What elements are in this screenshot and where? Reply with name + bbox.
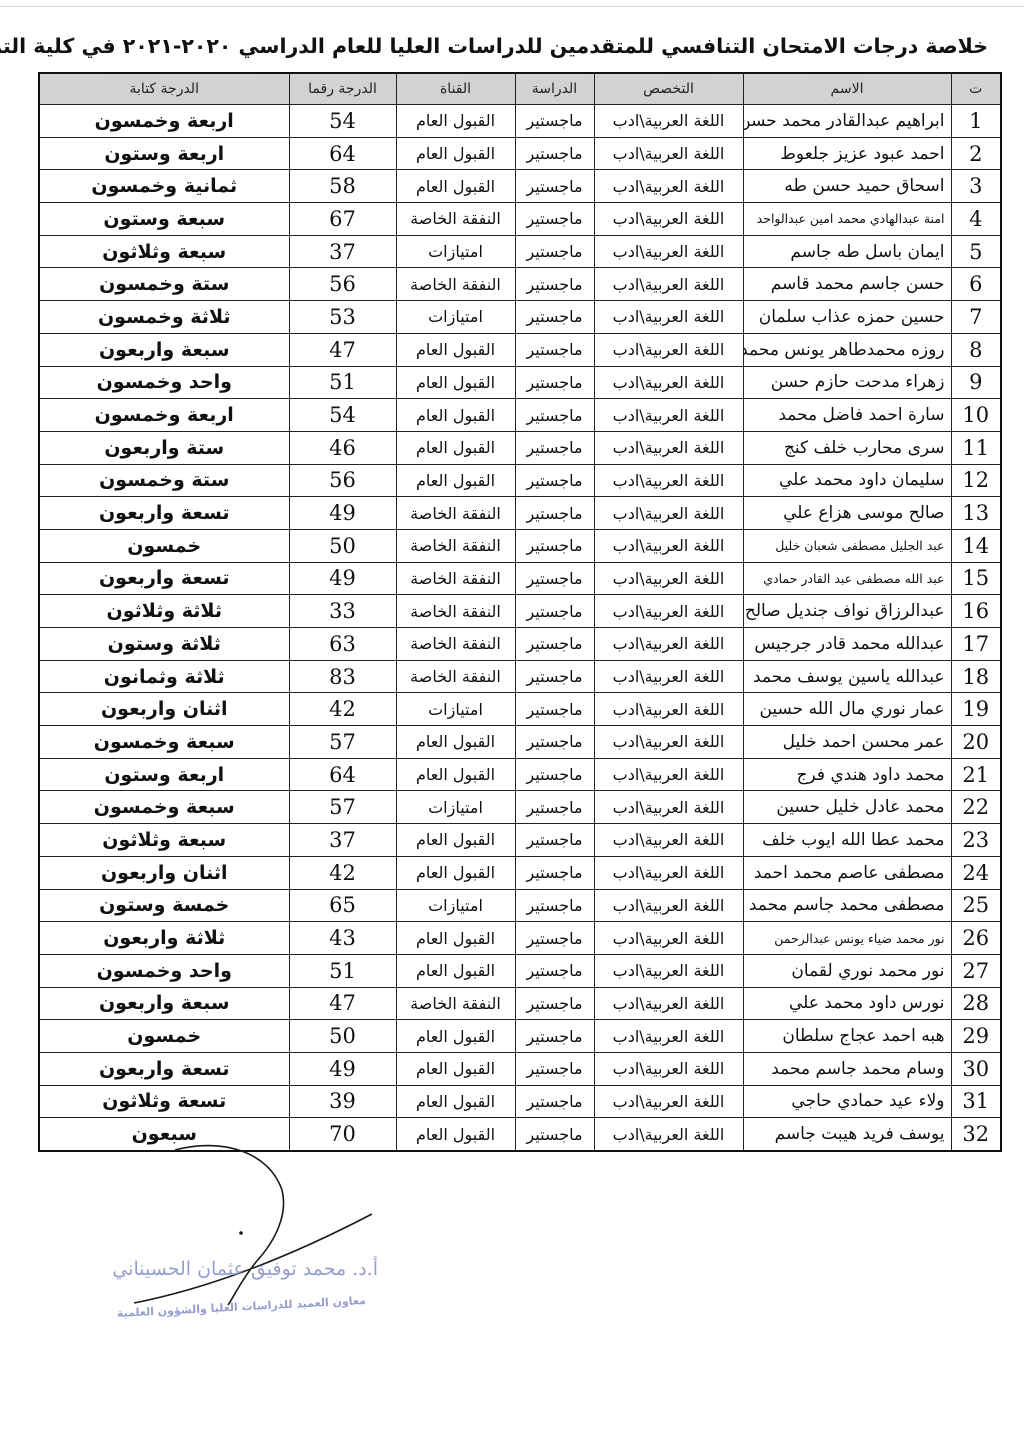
row-name: سارة احمد فاضل محمد	[743, 399, 951, 432]
row-study: ماجستير	[515, 529, 594, 562]
row-grade-written: اربعة وخمسون	[39, 105, 289, 138]
row-specialization: اللغة العربية\ادب	[594, 1052, 743, 1085]
row-grade-written: سبعة وثلاثون	[39, 824, 289, 857]
row-specialization: اللغة العربية\ادب	[594, 1118, 743, 1151]
row-specialization: اللغة العربية\ادب	[594, 693, 743, 726]
row-grade-written: تسعة واربعون	[39, 497, 289, 530]
row-index: 15	[951, 562, 1001, 595]
header-grade-written: الدرجة كتابة	[39, 73, 289, 105]
row-name: اسحاق حميد حسن طه	[743, 170, 951, 203]
row-grade-written: اثنان واربعون	[39, 856, 289, 889]
table-header-row: ت الاسم التخصص الدراسة القناة الدرجة رقم…	[39, 73, 1001, 105]
table-body: 1ابراهيم عبدالقادر محمد حسناللغة العربية…	[39, 105, 1001, 1152]
row-specialization: اللغة العربية\ادب	[594, 758, 743, 791]
row-index: 17	[951, 628, 1001, 661]
table-row: 28نورس داود محمد علياللغة العربية\ادبماج…	[39, 987, 1001, 1020]
table-row: 31ولاء عيد حمادي حاجياللغة العربية\ادبما…	[39, 1085, 1001, 1118]
row-grade-numeric: 54	[289, 399, 396, 432]
row-grade-written: خمسون	[39, 529, 289, 562]
row-index: 18	[951, 660, 1001, 693]
row-channel: القبول العام	[396, 170, 515, 203]
row-specialization: اللغة العربية\ادب	[594, 301, 743, 334]
row-study: ماجستير	[515, 235, 594, 268]
row-study: ماجستير	[515, 562, 594, 595]
row-index: 2	[951, 137, 1001, 170]
row-grade-numeric: 53	[289, 301, 396, 334]
row-name: عبدالله ياسين يوسف محمد	[743, 660, 951, 693]
row-specialization: اللغة العربية\ادب	[594, 431, 743, 464]
row-grade-written: تسعة وثلاثون	[39, 1085, 289, 1118]
row-grade-written: واحد وخمسون	[39, 366, 289, 399]
row-channel: القبول العام	[396, 464, 515, 497]
row-channel: امتيازات	[396, 693, 515, 726]
row-name: محمد عادل خليل حسين	[743, 791, 951, 824]
row-channel: القبول العام	[396, 824, 515, 857]
row-grade-numeric: 64	[289, 758, 396, 791]
row-grade-written: سبعة وثلاثون	[39, 235, 289, 268]
page-top-edge	[0, 6, 1024, 7]
row-name: زهراء مدحت حازم حسن	[743, 366, 951, 399]
row-channel: النفقة الخاصة	[396, 628, 515, 661]
row-grade-numeric: 64	[289, 137, 396, 170]
row-index: 6	[951, 268, 1001, 301]
table-row: 12سليمان داود محمد علياللغة العربية\ادبم…	[39, 464, 1001, 497]
header-grade-numeric: الدرجة رقما	[289, 73, 396, 105]
row-specialization: اللغة العربية\ادب	[594, 562, 743, 595]
row-name: نور محمد نوري لقمان	[743, 954, 951, 987]
row-specialization: اللغة العربية\ادب	[594, 922, 743, 955]
row-name: عمار نوري مال الله حسين	[743, 693, 951, 726]
row-specialization: اللغة العربية\ادب	[594, 399, 743, 432]
row-study: ماجستير	[515, 595, 594, 628]
row-channel: القبول العام	[396, 137, 515, 170]
row-grade-numeric: 42	[289, 693, 396, 726]
row-channel: القبول العام	[396, 726, 515, 759]
row-grade-numeric: 63	[289, 628, 396, 661]
header-index: ت	[951, 73, 1001, 105]
row-grade-numeric: 56	[289, 268, 396, 301]
row-study: ماجستير	[515, 954, 594, 987]
row-grade-written: واحد وخمسون	[39, 954, 289, 987]
row-study: ماجستير	[515, 791, 594, 824]
row-grade-written: اثنان واربعون	[39, 693, 289, 726]
row-index: 30	[951, 1052, 1001, 1085]
row-grade-numeric: 46	[289, 431, 396, 464]
row-name: مصطفى عاصم محمد احمد	[743, 856, 951, 889]
row-grade-numeric: 58	[289, 170, 396, 203]
row-grade-numeric: 43	[289, 922, 396, 955]
table-row: 18عبدالله ياسين يوسف محمداللغة العربية\ا…	[39, 660, 1001, 693]
row-grade-numeric: 51	[289, 366, 396, 399]
row-channel: امتيازات	[396, 889, 515, 922]
row-name: امنة عبدالهادي محمد امين عبدالواحد	[743, 203, 951, 236]
row-grade-numeric: 51	[289, 954, 396, 987]
row-study: ماجستير	[515, 1020, 594, 1053]
row-name: عبد الله مصطفى عبد القادر حمادي	[743, 562, 951, 595]
row-index: 12	[951, 464, 1001, 497]
row-grade-written: اربعة وخمسون	[39, 399, 289, 432]
row-index: 9	[951, 366, 1001, 399]
document-title: خلاصة درجات الامتحان التنافسي للمتقدمين …	[28, 26, 988, 66]
row-name: صالح موسى هزاع علي	[743, 497, 951, 530]
table-row: 29هبه احمد عجاج سلطاناللغة العربية\ادبما…	[39, 1020, 1001, 1053]
row-channel: القبول العام	[396, 1118, 515, 1151]
row-specialization: اللغة العربية\ادب	[594, 726, 743, 759]
row-name: سليمان داود محمد علي	[743, 464, 951, 497]
row-index: 29	[951, 1020, 1001, 1053]
row-study: ماجستير	[515, 268, 594, 301]
row-specialization: اللغة العربية\ادب	[594, 595, 743, 628]
row-grade-written: سبعة وخمسون	[39, 726, 289, 759]
row-study: ماجستير	[515, 366, 594, 399]
row-channel: القبول العام	[396, 431, 515, 464]
row-channel: امتيازات	[396, 235, 515, 268]
row-study: ماجستير	[515, 301, 594, 334]
row-name: روزه محمدطاهر يونس محمد	[743, 333, 951, 366]
row-study: ماجستير	[515, 497, 594, 530]
row-channel: النفقة الخاصة	[396, 203, 515, 236]
row-name: نور محمد ضياء يونس عبدالرحمن	[743, 922, 951, 955]
row-specialization: اللغة العربية\ادب	[594, 464, 743, 497]
header-name: الاسم	[743, 73, 951, 105]
row-specialization: اللغة العربية\ادب	[594, 660, 743, 693]
row-grade-numeric: 39	[289, 1085, 396, 1118]
table-row: 20عمر محسن احمد خليلاللغة العربية\ادبماج…	[39, 726, 1001, 759]
table-row: 7حسين حمزه عذاب سلماناللغة العربية\ادبما…	[39, 301, 1001, 334]
row-study: ماجستير	[515, 464, 594, 497]
row-index: 22	[951, 791, 1001, 824]
row-study: ماجستير	[515, 105, 594, 138]
row-grade-numeric: 57	[289, 791, 396, 824]
row-grade-numeric: 50	[289, 529, 396, 562]
header-specialization: التخصص	[594, 73, 743, 105]
table-row: 13صالح موسى هزاع علياللغة العربية\ادبماج…	[39, 497, 1001, 530]
row-channel: القبول العام	[396, 1052, 515, 1085]
row-name: مصطفى محمد جاسم محمد	[743, 889, 951, 922]
row-specialization: اللغة العربية\ادب	[594, 889, 743, 922]
row-index: 21	[951, 758, 1001, 791]
table-row: 24مصطفى عاصم محمد احمداللغة العربية\ادبم…	[39, 856, 1001, 889]
row-grade-written: سبعون	[39, 1118, 289, 1151]
row-name: عمر محسن احمد خليل	[743, 726, 951, 759]
row-grade-written: ثلاثة وستون	[39, 628, 289, 661]
row-channel: القبول العام	[396, 758, 515, 791]
row-grade-written: سبعة وخمسون	[39, 791, 289, 824]
row-channel: القبول العام	[396, 333, 515, 366]
row-study: ماجستير	[515, 824, 594, 857]
row-channel: القبول العام	[396, 399, 515, 432]
row-index: 11	[951, 431, 1001, 464]
results-table: ت الاسم التخصص الدراسة القناة الدرجة رقم…	[38, 72, 1002, 1152]
row-study: ماجستير	[515, 758, 594, 791]
row-grade-written: ستة واربعون	[39, 431, 289, 464]
row-channel: القبول العام	[396, 954, 515, 987]
row-specialization: اللغة العربية\ادب	[594, 1085, 743, 1118]
row-name: سرى محارب خلف كنج	[743, 431, 951, 464]
row-grade-written: سبعة واربعون	[39, 333, 289, 366]
row-index: 20	[951, 726, 1001, 759]
row-channel: القبول العام	[396, 1085, 515, 1118]
table-row: 32يوسف فريد هيبت جاسماللغة العربية\ادبما…	[39, 1118, 1001, 1151]
row-channel: النفقة الخاصة	[396, 497, 515, 530]
row-study: ماجستير	[515, 1118, 594, 1151]
row-specialization: اللغة العربية\ادب	[594, 170, 743, 203]
row-grade-numeric: 47	[289, 987, 396, 1020]
row-name: حسين حمزه عذاب سلمان	[743, 301, 951, 334]
table-row: 4امنة عبدالهادي محمد امين عبدالواحداللغة…	[39, 203, 1001, 236]
row-name: احمد عبود عزيز جلعوط	[743, 137, 951, 170]
row-study: ماجستير	[515, 726, 594, 759]
row-grade-written: تسعة واربعون	[39, 1052, 289, 1085]
table-row: 9زهراء مدحت حازم حسناللغة العربية\ادبماج…	[39, 366, 1001, 399]
row-name: محمد داود هندي فرج	[743, 758, 951, 791]
row-study: ماجستير	[515, 628, 594, 661]
row-name: وسام محمد جاسم محمد	[743, 1052, 951, 1085]
row-study: ماجستير	[515, 987, 594, 1020]
row-grade-written: تسعة واربعون	[39, 562, 289, 595]
row-name: محمد عطا الله ايوب خلف	[743, 824, 951, 857]
row-index: 8	[951, 333, 1001, 366]
row-grade-numeric: 57	[289, 726, 396, 759]
header-channel: القناة	[396, 73, 515, 105]
row-grade-numeric: 47	[289, 333, 396, 366]
row-grade-numeric: 83	[289, 660, 396, 693]
row-index: 28	[951, 987, 1001, 1020]
row-name: هبه احمد عجاج سلطان	[743, 1020, 951, 1053]
row-specialization: اللغة العربية\ادب	[594, 791, 743, 824]
row-index: 3	[951, 170, 1001, 203]
stamp-signatory-title: معاون العميد للدراسات العليا والشؤون الع…	[134, 1294, 366, 1319]
row-index: 4	[951, 203, 1001, 236]
table-row: 26نور محمد ضياء يونس عبدالرحمناللغة العر…	[39, 922, 1001, 955]
row-grade-numeric: 49	[289, 497, 396, 530]
row-name: حسن جاسم محمد قاسم	[743, 268, 951, 301]
row-index: 16	[951, 595, 1001, 628]
row-index: 26	[951, 922, 1001, 955]
row-index: 1	[951, 105, 1001, 138]
table-row: 5ايمان باسل طه جاسماللغة العربية\ادبماجس…	[39, 235, 1001, 268]
table-row: 16عبدالرزاق نواف جنديل صالحاللغة العربية…	[39, 595, 1001, 628]
table-row: 2احمد عبود عزيز جلعوطاللغة العربية\ادبما…	[39, 137, 1001, 170]
row-specialization: اللغة العربية\ادب	[594, 366, 743, 399]
row-study: ماجستير	[515, 137, 594, 170]
row-study: ماجستير	[515, 693, 594, 726]
row-channel: امتيازات	[396, 791, 515, 824]
row-index: 5	[951, 235, 1001, 268]
table-row: 19عمار نوري مال الله حسيناللغة العربية\ا…	[39, 693, 1001, 726]
table-row: 10سارة احمد فاضل محمداللغة العربية\ادبما…	[39, 399, 1001, 432]
table-row: 3اسحاق حميد حسن طهاللغة العربية\ادبماجست…	[39, 170, 1001, 203]
row-grade-numeric: 42	[289, 856, 396, 889]
row-name: عبد الجليل مصطفى شعبان خليل	[743, 529, 951, 562]
table-row: 15عبد الله مصطفى عبد القادر حمادياللغة ا…	[39, 562, 1001, 595]
table-row: 6حسن جاسم محمد قاسماللغة العربية\ادبماجس…	[39, 268, 1001, 301]
row-specialization: اللغة العربية\ادب	[594, 497, 743, 530]
row-name: ولاء عيد حمادي حاجي	[743, 1085, 951, 1118]
row-grade-written: ثمانية وخمسون	[39, 170, 289, 203]
row-study: ماجستير	[515, 922, 594, 955]
row-index: 32	[951, 1118, 1001, 1151]
row-grade-written: سبعة وستون	[39, 203, 289, 236]
row-channel: القبول العام	[396, 922, 515, 955]
row-grade-numeric: 65	[289, 889, 396, 922]
row-specialization: اللغة العربية\ادب	[594, 987, 743, 1020]
row-name: عبدالله محمد قادر جرجيس	[743, 628, 951, 661]
row-index: 14	[951, 529, 1001, 562]
row-channel: القبول العام	[396, 1020, 515, 1053]
row-name: نورس داود محمد علي	[743, 987, 951, 1020]
row-specialization: اللغة العربية\ادب	[594, 235, 743, 268]
row-grade-written: خمسة وستون	[39, 889, 289, 922]
row-grade-numeric: 37	[289, 235, 396, 268]
row-study: ماجستير	[515, 170, 594, 203]
row-channel: القبول العام	[396, 856, 515, 889]
header-study: الدراسة	[515, 73, 594, 105]
row-index: 7	[951, 301, 1001, 334]
row-study: ماجستير	[515, 431, 594, 464]
row-grade-written: سبعة واربعون	[39, 987, 289, 1020]
row-index: 10	[951, 399, 1001, 432]
table-row: 27نور محمد نوري لقماناللغة العربية\ادبما…	[39, 954, 1001, 987]
row-name: يوسف فريد هيبت جاسم	[743, 1118, 951, 1151]
row-grade-numeric: 54	[289, 105, 396, 138]
row-specialization: اللغة العربية\ادب	[594, 824, 743, 857]
row-grade-numeric: 67	[289, 203, 396, 236]
table-row: 30وسام محمد جاسم محمداللغة العربية\ادبما…	[39, 1052, 1001, 1085]
row-study: ماجستير	[515, 399, 594, 432]
row-study: ماجستير	[515, 856, 594, 889]
row-channel: النفقة الخاصة	[396, 562, 515, 595]
row-grade-written: ثلاثة واربعون	[39, 922, 289, 955]
row-specialization: اللغة العربية\ادب	[594, 954, 743, 987]
table-row: 1ابراهيم عبدالقادر محمد حسناللغة العربية…	[39, 105, 1001, 138]
row-specialization: اللغة العربية\ادب	[594, 268, 743, 301]
row-channel: النفقة الخاصة	[396, 268, 515, 301]
row-specialization: اللغة العربية\ادب	[594, 203, 743, 236]
table-row: 17عبدالله محمد قادر جرجيساللغة العربية\ا…	[39, 628, 1001, 661]
row-channel: امتيازات	[396, 301, 515, 334]
table-row: 14عبد الجليل مصطفى شعبان خليلاللغة العرب…	[39, 529, 1001, 562]
row-specialization: اللغة العربية\ادب	[594, 856, 743, 889]
row-grade-written: ثلاثة وثلاثون	[39, 595, 289, 628]
table-row: 11سرى محارب خلف كنجاللغة العربية\ادبماجس…	[39, 431, 1001, 464]
row-grade-numeric: 70	[289, 1118, 396, 1151]
row-specialization: اللغة العربية\ادب	[594, 333, 743, 366]
table-row: 25مصطفى محمد جاسم محمداللغة العربية\ادبم…	[39, 889, 1001, 922]
row-name: عبدالرزاق نواف جنديل صالح	[743, 595, 951, 628]
row-channel: النفقة الخاصة	[396, 987, 515, 1020]
row-index: 25	[951, 889, 1001, 922]
row-study: ماجستير	[515, 889, 594, 922]
row-grade-written: ثلاثة وخمسون	[39, 301, 289, 334]
table-row: 23محمد عطا الله ايوب خلفاللغة العربية\اد…	[39, 824, 1001, 857]
row-channel: النفقة الخاصة	[396, 660, 515, 693]
row-index: 13	[951, 497, 1001, 530]
row-study: ماجستير	[515, 1052, 594, 1085]
row-specialization: اللغة العربية\ادب	[594, 137, 743, 170]
row-name: ايمان باسل طه جاسم	[743, 235, 951, 268]
row-grade-numeric: 56	[289, 464, 396, 497]
row-name: ابراهيم عبدالقادر محمد حسن	[743, 105, 951, 138]
row-grade-numeric: 50	[289, 1020, 396, 1053]
row-specialization: اللغة العربية\ادب	[594, 105, 743, 138]
row-grade-written: اربعة وستون	[39, 137, 289, 170]
row-index: 23	[951, 824, 1001, 857]
row-grade-written: ستة وخمسون	[39, 464, 289, 497]
row-specialization: اللغة العربية\ادب	[594, 529, 743, 562]
row-grade-numeric: 49	[289, 1052, 396, 1085]
table-row: 22محمد عادل خليل حسيناللغة العربية\ادبما…	[39, 791, 1001, 824]
row-index: 19	[951, 693, 1001, 726]
row-index: 24	[951, 856, 1001, 889]
row-index: 31	[951, 1085, 1001, 1118]
row-grade-numeric: 33	[289, 595, 396, 628]
row-specialization: اللغة العربية\ادب	[594, 628, 743, 661]
row-grade-written: ثلاثة وثمانون	[39, 660, 289, 693]
stamp-signatory-name: أ.د. محمد توفيق عثمان الحسيناني	[128, 1258, 378, 1280]
row-channel: النفقة الخاصة	[396, 595, 515, 628]
row-grade-numeric: 49	[289, 562, 396, 595]
row-channel: النفقة الخاصة	[396, 529, 515, 562]
row-study: ماجستير	[515, 660, 594, 693]
table-row: 8روزه محمدطاهر يونس محمداللغة العربية\اد…	[39, 333, 1001, 366]
row-index: 27	[951, 954, 1001, 987]
row-grade-written: اربعة وستون	[39, 758, 289, 791]
row-study: ماجستير	[515, 1085, 594, 1118]
row-grade-written: ستة وخمسون	[39, 268, 289, 301]
row-grade-written: خمسون	[39, 1020, 289, 1053]
row-specialization: اللغة العربية\ادب	[594, 1020, 743, 1053]
row-study: ماجستير	[515, 333, 594, 366]
row-grade-numeric: 37	[289, 824, 396, 857]
table-row: 21محمد داود هندي فرجاللغة العربية\ادبماج…	[39, 758, 1001, 791]
row-channel: القبول العام	[396, 105, 515, 138]
row-study: ماجستير	[515, 203, 594, 236]
row-channel: القبول العام	[396, 366, 515, 399]
